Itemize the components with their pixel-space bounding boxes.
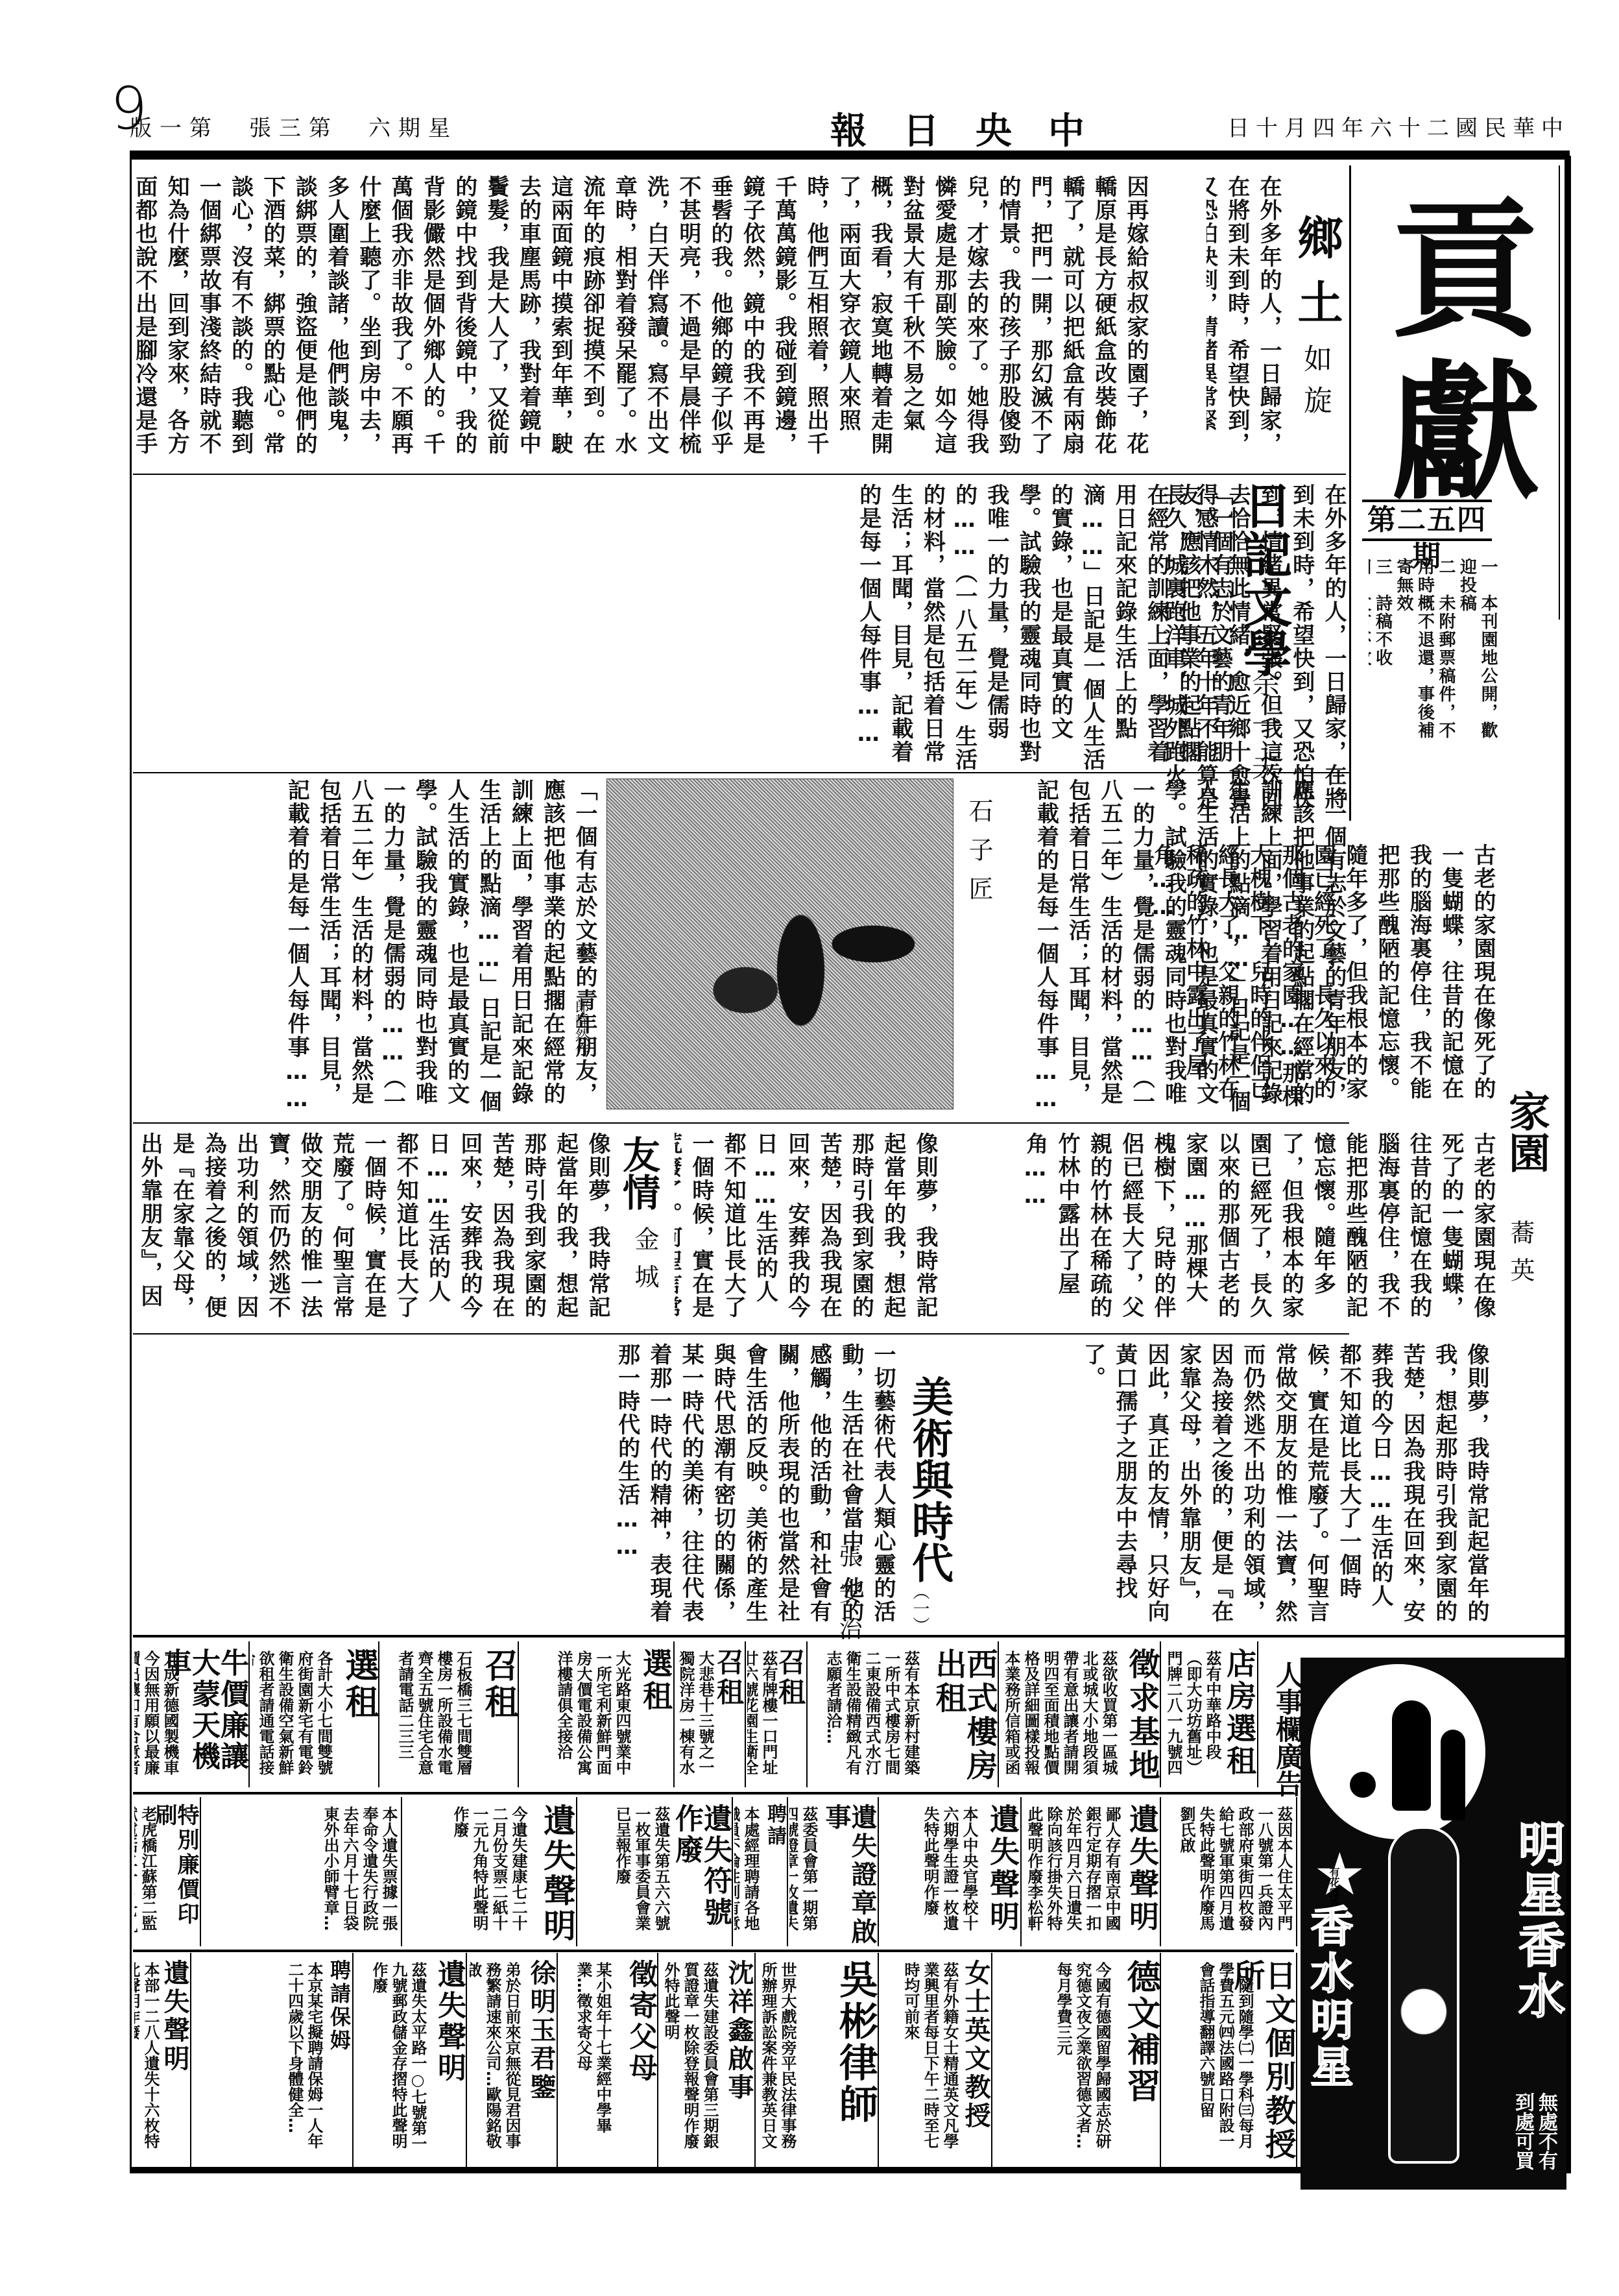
ad-text: 今遺失建康七二十二月份支票二紙十一元九角特此聲明作廢 [405, 1806, 528, 1946]
column-divider [1349, 165, 1351, 821]
ad-text: 茲有本京新村建築一所中式樓房七間二東設備西式水汀衛生設備精緻凡有志願者請洽… [810, 1650, 920, 1787]
ad-text: 本部一二八人遺失十六枚特此聲明作廢 [134, 1962, 160, 2163]
ad-headline: 遺失符號作廢 [672, 1804, 729, 1946]
left-columns-top: 因再嫁給叔叔家的園子，花轎原是長方硬紙盒改裝飾花轎了，就可以把紙盒有兩扇門，把門… [133, 175, 1151, 461]
ad-hiring: 聘請 本處經理聘請各地職員不論性別有意者請寄函附郵票十二分港明大學香港敦道 [733, 1797, 788, 1946]
ad-headline: 徐明玉君鑒 [528, 1959, 554, 2102]
note-item: 三 詩稿不收 [1372, 558, 1393, 740]
article-title-art-and-era: 美術與時代 [908, 1375, 950, 1583]
slogan-line: 到處可買 [1511, 2092, 1534, 2170]
ad-text: 弟於日前來京無從見君因事務繁請速來公司…歐陽銘敬啟 [470, 1962, 522, 2163]
ad-headline: 召租 [715, 1648, 742, 1708]
article-author-xiangtu: 如旋 [1301, 344, 1329, 427]
ad-headline: 聘請保姆 [329, 1959, 350, 2053]
perfume-brand-left: 香水明星 [1307, 1904, 1350, 2091]
ad-shen-notice: 沈祥鑫啟事 茲遺失建設委員會第三期銀質證章一枚除登報聲明作廢外特此聲明 [658, 1953, 756, 2167]
issue-number: 第二五四期 [1362, 500, 1492, 541]
ad-lost-notice-1: 茲因本人住太平門一八號第一兵證內政部府東街四枚發給七號軍第四月遺失特此聲明作廢馬… [1161, 1797, 1297, 1946]
ad-text: 茲遺失第五六六號一枚軍事委員會業已呈報作廢 [580, 1806, 671, 1946]
slogan-line: 無處不有 [1534, 2092, 1557, 2170]
ad-headline: 女士英文教授 [963, 1959, 989, 2131]
perfume-slogan: 無處不有 到處可買 [1511, 2092, 1557, 2170]
article-body-friendship-end: 像則夢，我時常記起當年的我，想起那時引我到家園的苦楚，因為我現在回來，安葬我的今… [966, 1343, 1492, 1628]
ad-text: 茲欲收買第一區城北或城大小地段須帶有意出讓者請開明四至面積地點價格及詳細圖樣投報… [1001, 1650, 1118, 1787]
note-item: 一 本刊園地公開，歡迎投稿 [1456, 558, 1498, 740]
ad-for-rent-3: 召租 石板橋三七間雙層樓房一所設備水電齊全五號住宅合意者請電話二三三 [379, 1641, 519, 1787]
ad-headline: 召租 [776, 1648, 804, 1708]
article-author-diary: 余一夫 [1249, 668, 1277, 793]
ad-lost-notice-7: 遺失聲明 本部一二八人遺失十六枚特此聲明作廢 [133, 1953, 191, 2167]
ad-text: 今國有德國留學歸國志於研究德文夜之業欲習德文者…每月學費三元 [995, 1962, 1112, 2163]
ad-nanny-wanted: 聘請保姆 本京某宅擬聘請保姆一人年二十四歲以下身體健全… [191, 1953, 354, 2167]
ad-headline: 遺失聲明 [162, 1959, 187, 2073]
ad-headline: 聘請 [765, 1804, 784, 1848]
ad-for-rent-1: 召租 茲有牌樓一口門址廿六號花園生衛全房設大洋樓一棟如意合城接洽均可 [746, 1641, 808, 1787]
ad-text: 茲遺失建設委員會第三期銀質證章一枚除登報聲明作廢外特此聲明 [661, 1962, 719, 2163]
ad-headline: 徵求基地 [1126, 1648, 1157, 1783]
edition-label: 版一第 張三第 六期星 [130, 115, 458, 141]
ad-lost-symbol: 遺失符號作廢 茲遺失第五六六號一枚軍事委員會業已呈報作廢 [577, 1797, 733, 1946]
ad-lost-notice-5: 本人遺失票據一張奉命令遺失行政院去年六月十七日袋東外出小師臂章… [201, 1797, 402, 1946]
ad-headline: 西式樓房出租 [933, 1648, 995, 1787]
note-item: 四 文言不收 [1369, 558, 1372, 740]
ad-headline: 遺失聲明 [541, 1804, 573, 1944]
ad-headline: 吳彬律師 [836, 1959, 875, 2125]
article-title-homeland: 家園 [1505, 1090, 1546, 1173]
ad-xu-mingyu: 徐明玉君鑒 弟於日前來京無從見君因事務繁請速來公司…歐陽銘敬啟 [467, 1953, 558, 2167]
ad-headline: 德文補習 [1123, 1959, 1157, 2105]
article-body-homeland: 古老的家園現在像死了的一隻蝴蝶，往昔的記憶在我的腦海裏停住，我不能把那些醜陋的記… [947, 1132, 1498, 1323]
article-body-art-and-era: 一切藝術代表人類心靈的活動，生活在社會當中，他的感觸，他的活動，和社會有關，他所… [133, 1343, 898, 1628]
ad-text: 本京某宅擬聘請保姆一人年二十四歲以下身體健全… [194, 1962, 324, 2163]
submission-notes: 一 本刊園地公開，歡迎投稿 二 未附郵票稿件，不用時概不退還，事後補寄無效 三 … [1369, 558, 1498, 740]
ad-mingxing-perfume: ★ 有花露香水 明星香水 香水明星 無處不有 到處可買 [1301, 1658, 1566, 2190]
ads-row-rule [133, 1950, 1294, 1952]
ad-text: 本處經理聘請各地職員不論性別有意者請寄函附郵票十二分港明大學香港敦道 [734, 1806, 760, 1946]
ad-printing: 特別廉價印刷 老虎橋江蘇第二監獄電話二一○七九 [133, 1797, 201, 1946]
article-body-diary-cont2: 「一個有志於文藝的青年朋友，應該把他事業的起點擱在經常的訓練上面，學習着用日記來… [133, 779, 600, 1116]
ad-text: 大悲巷十三號之一獨院洋房一棟有水汀衛生設備合意者均可接洽後看房 [676, 1650, 715, 1787]
ad-text: 茲委員會第一期第四號證章一枚遺失除呈報外特此聲明 [789, 1806, 819, 1946]
publication-date: 日十月四年六十二國民華中 [1227, 110, 1570, 142]
ad-for-rent-2: 召租 大悲巷十三號之一獨院洋房一棟有水汀衛生設備合意者均可接洽後看房 [675, 1641, 746, 1787]
ad-select-rent-1: 選租 大光路東四號業中一所宅利新鮮門面房大價電設備公寓洋樓請俱全接洽 [519, 1641, 675, 1787]
ad-lost-notice-4: 遺失聲明 今遺失建康七二十二月份支票二紙十一元九角特此聲明作廢 [402, 1797, 577, 1946]
child-silhouette [1441, 1730, 1465, 1820]
ad-text: 大光路東四號業中一所宅利新鮮門面房大價電設備公寓洋樓請俱全接洽 [522, 1650, 632, 1787]
section-rule [133, 1333, 1349, 1335]
ad-text: 各計大小七間雙號府街園新宅有電鈴衛生設備空氣新鮮欲租者請通電話接洽 [252, 1650, 333, 1787]
ad-headline: 遺失聲明 [435, 1959, 463, 2084]
newspaper-title: 報日央中 [830, 103, 1121, 154]
article-title-diary: 日記文學 [1239, 480, 1288, 677]
ad-text: 鄙人存有南京中國銀行定期存摺一扣於年四月六日遺失除向該行掛失外特此聲明作廢李松軒… [1024, 1806, 1121, 1946]
note-item: 二 未附郵票稿件，不用時概不退還，事後補寄無效 [1393, 558, 1457, 740]
stonemason-illustration [606, 779, 953, 1109]
ad-german-tutoring: 德文補習 今國有德國留學歸國志於研究德文夜之業欲習德文者…每月學費三元 [992, 1953, 1161, 2167]
ad-text: 茲因本人住太平門一八號第一兵證內政部府東街四枚發給七號軍第四月遺失特此聲明作廢馬… [1164, 1806, 1293, 1946]
section-rule [133, 772, 1349, 773]
ad-headline: 店房選租 [1225, 1648, 1254, 1778]
article-author-friendship: 金城 [632, 1226, 657, 1301]
page-header: 9 版一第 張三第 六期星 報日央中 日十月四年六十二國民華中 [130, 97, 1570, 149]
silhouette-scene [1310, 1664, 1485, 1839]
ad-text: 茲有牌樓一口門址廿六號花園生衛全房設大洋樓一棟如意合城接洽均可 [747, 1650, 778, 1787]
woman-silhouette [1392, 1700, 1431, 1811]
article-author-homeland: 蕎英 [1508, 1220, 1533, 1295]
ad-headline: 選租 [342, 1648, 376, 1721]
ad-headline: 徵寄父母 [626, 1959, 654, 2084]
article-subtitle-art-and-era: （一） [911, 1583, 928, 1634]
page-mark: 9 [110, 75, 155, 143]
article-body-friendship-cont: 像則夢，我時常記起當年的我，想起那時引我到家園的苦楚，因為我現在回來，安葬我的今… [133, 1132, 613, 1323]
article-body-xiangtu: 在外多年的人，一日歸家，在將到未到時，希望快到，又恐怕快到，情緒異常緊張。但我這… [1206, 175, 1284, 461]
ad-headline: 特別廉價印刷 [153, 1804, 197, 1946]
ad-headline: 沈祥鑫啟事 [726, 1959, 752, 2102]
ad-seek-godparents: 徵寄父母 某小姐年十七業經中學畢業…徵求寄父母 [558, 1953, 658, 2167]
section-rule [133, 474, 1346, 475]
ads-row-rule [133, 1792, 1294, 1795]
edition-info: 9 版一第 張三第 六期星 [130, 110, 458, 142]
article-body-friendship: 像則夢，我時常記起當年的我，想起那時引我到家園的苦楚，因為我現在回來，安葬我的今… [675, 1132, 941, 1323]
ad-text: 本人中央官學校十六期學生證一枚遺失特此聲明作廢 [881, 1806, 979, 1946]
illustration-credit: 郎靜然作 [571, 999, 591, 1056]
ad-lawyer-wu: 吳彬律師 世界大戲院旁平民法律事務所辦理訴訟案件兼教英日文 [756, 1953, 879, 2167]
ad-text: 石板橋三七間雙層樓房一所設備水電齊全五號住宅合意者請電話二三三 [382, 1650, 473, 1787]
ad-lost-notice-6: 遺失聲明 茲遺失太平路一○七號第一九號郵政儲金存摺特此聲明作廢 [354, 1953, 467, 2167]
ad-headline: 選租 [641, 1648, 671, 1713]
ad-text: 某小姐年十七業經中學畢業…徵求寄父母 [560, 1962, 612, 2163]
ad-text: 九成新德國製機車今因無用願以最廉價出讓如有合意者請函投南京下關經濟實業鄭君接洽 [134, 1650, 180, 1787]
ad-text: 茲遺失太平路一○七號第一九號郵政儲金存摺特此聲明作廢 [356, 1962, 427, 2163]
ad-text: 茲有中華路中段（即大功坊舊址）門牌二八一九號四號門面三間樓房 [1164, 1650, 1222, 1787]
ad-text: 茲有外籍女士精通英文凡學業興里者每日下午二時至七時均可前來 [881, 1962, 959, 2163]
ad-select-rent-2: 選租 各計大小七間雙號府街園新宅有電鈴衛生設備空氣新鮮欲租者請通電話接洽 [250, 1641, 379, 1787]
ad-lost-notice-2: 遺失聲明 鄙人存有南京中國銀行定期存摺一扣於年四月六日遺失除向該行掛失外特此聲明… [1022, 1797, 1161, 1946]
ad-text: 本人遺失票據一張奉命令遺失行政院去年六月十七日袋東外出小師臂章… [204, 1806, 398, 1946]
perfume-bottle-illustration [1388, 1826, 1459, 2164]
ad-japanese-tutoring: 日文個別教授所 ㈠隨到隨學㈡一學科㈢每月學費五元㈣法國路口附設一會話指導翻譯六號… [1161, 1953, 1297, 2167]
article-title-xiangtu: 鄉土 [1294, 214, 1339, 344]
ad-text: 世界大戲院旁平民法律事務所辦理訴訟案件兼教英日文 [758, 1962, 797, 2163]
ad-lost-notice-3: 遺失聲明 本人中央官學校十六期學生證一枚遺失特此聲明作廢 [879, 1797, 1022, 1946]
ad-western-house-rent: 西式樓房出租 茲有本京新村建築一所中式樓房七間二東設備西式水汀衛生設備精緻凡有志… [808, 1641, 999, 1787]
bust-silhouette [1350, 1772, 1376, 1798]
ad-headline: 遺失聲明 [1127, 1804, 1157, 1933]
ad-english-teacher: 女士英文教授 茲有外籍女士精通英文凡學業興里者每日下午二時至七時均可前來 [879, 1953, 992, 2167]
perfume-brand-right: 明星香水 [1515, 1820, 1561, 2022]
article-title-friendship: 友情 [619, 1135, 657, 1211]
issue-info: 第二五四期 一 本刊園地公開，歡迎投稿 二 未附郵票稿件，不用時概不退還，事後補… [1349, 474, 1563, 837]
ad-headline: 召租 [481, 1648, 515, 1721]
ad-headline: 遺失證章啟事 [823, 1804, 875, 1946]
ad-text: ㈠隨到隨學㈡一學科㈢每月學費五元㈣法國路口附設一會話指導翻譯六號日留 [1164, 1962, 1254, 2163]
masthead-title: 貢獻 [1378, 191, 1528, 516]
section-rule [133, 1122, 1349, 1124]
ad-lost-badge: 遺失證章啟事 茲委員會第一期第四號證章一枚遺失除呈報外特此聲明 [788, 1797, 879, 1946]
ad-land-wanted: 徵求基地 茲欲收買第一區城北或城大小地段須帶有意出讓者請開明四至面積地點價格及詳… [999, 1641, 1161, 1787]
ads-top-rule [133, 1635, 1566, 1637]
article-body-homeland-top: 古老的家園現在像死了的一隻蝴蝶，往昔的記憶在我的腦海裏停住，我不能把那些醜陋的記… [947, 843, 1498, 1109]
ad-text: 老虎橋江蘇第二監獄電話二一○七九 [134, 1806, 158, 1946]
article-body-diary: 「一個有志於文藝的青年朋友，應該把他事業的起點擱在經常的訓練上面，學習着用日記來… [133, 483, 1236, 772]
ad-motorcycle-sale: 牛價廉讓 大蒙天機車 九成新德國製機車今因無用願以最廉價出讓如有合意者請函投南京… [133, 1641, 250, 1787]
ad-headline: 遺失聲明 [988, 1804, 1018, 1933]
ad-shop-rental: 店房選租 茲有中華路中段（即大功坊舊址）門牌二八一九號四號門面三間樓房 [1161, 1641, 1258, 1787]
